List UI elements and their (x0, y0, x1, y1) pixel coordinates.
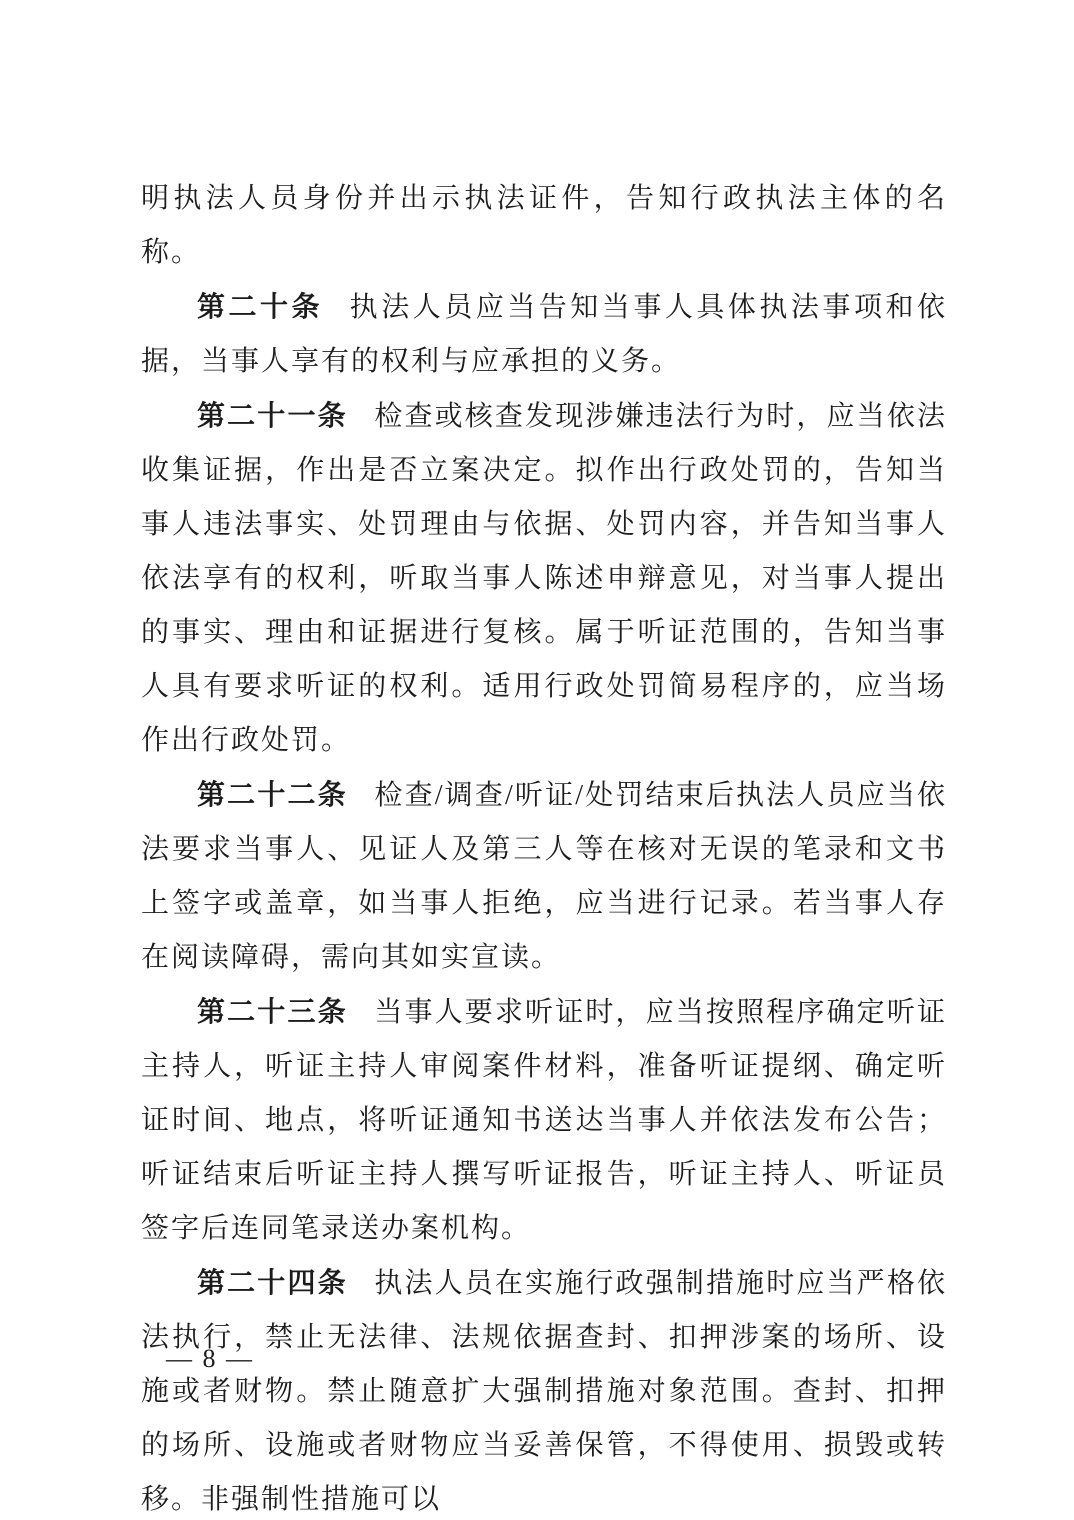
article-number: 第二十二条 (197, 779, 348, 810)
paragraph-article-24: 第二十四条执法人员在实施行政强制措施时应当严格依法执行，禁止无法律、法规依据查封… (141, 1256, 947, 1520)
article-number: 第二十四条 (197, 1267, 348, 1298)
paragraph-body: 明执法人员身份并出示执法证件，告知行政执法主体的名称。 (141, 183, 947, 268)
article-number: 第二十三条 (197, 996, 348, 1027)
paragraph-article-23: 第二十三条当事人要求听证时，应当按照程序确定听证主持人，听证主持人审阅案件材料，… (141, 985, 947, 1256)
document-text-block: 明执法人员身份并出示执法证件，告知行政执法主体的名称。 第二十条执法人员应当告知… (141, 172, 947, 1520)
paragraph-article-20: 第二十条执法人员应当告知当事人具体执法事项和依据，当事人享有的权利与应承担的义务… (141, 280, 947, 389)
paragraph-body: 检查或核查发现涉嫌违法行为时，应当依法收集证据，作出是否立案决定。拟作出行政处罚… (141, 401, 947, 756)
paragraph-body: 执法人员在实施行政强制措施时应当严格依法执行，禁止无法律、法规依据查封、扣押涉案… (141, 1268, 947, 1515)
paragraph-body: 当事人要求听证时，应当按照程序确定听证主持人，听证主持人审阅案件材料，准备听证提… (141, 997, 947, 1244)
paragraph-article-21: 第二十一条检查或核查发现涉嫌违法行为时，应当依法收集证据，作出是否立案决定。拟作… (141, 389, 947, 768)
page-number: — 8 — (166, 1344, 254, 1374)
document-page: 明执法人员身份并出示执法证件，告知行政执法主体的名称。 第二十条执法人员应当告知… (0, 0, 1074, 1520)
article-number: 第二十一条 (197, 400, 348, 431)
paragraph-continuation: 明执法人员身份并出示执法证件，告知行政执法主体的名称。 (141, 172, 947, 280)
article-number: 第二十条 (197, 291, 323, 322)
paragraph-article-22: 第二十二条检查/调查/听证/处罚结束后执法人员应当依法要求当事人、见证人及第三人… (141, 768, 947, 985)
